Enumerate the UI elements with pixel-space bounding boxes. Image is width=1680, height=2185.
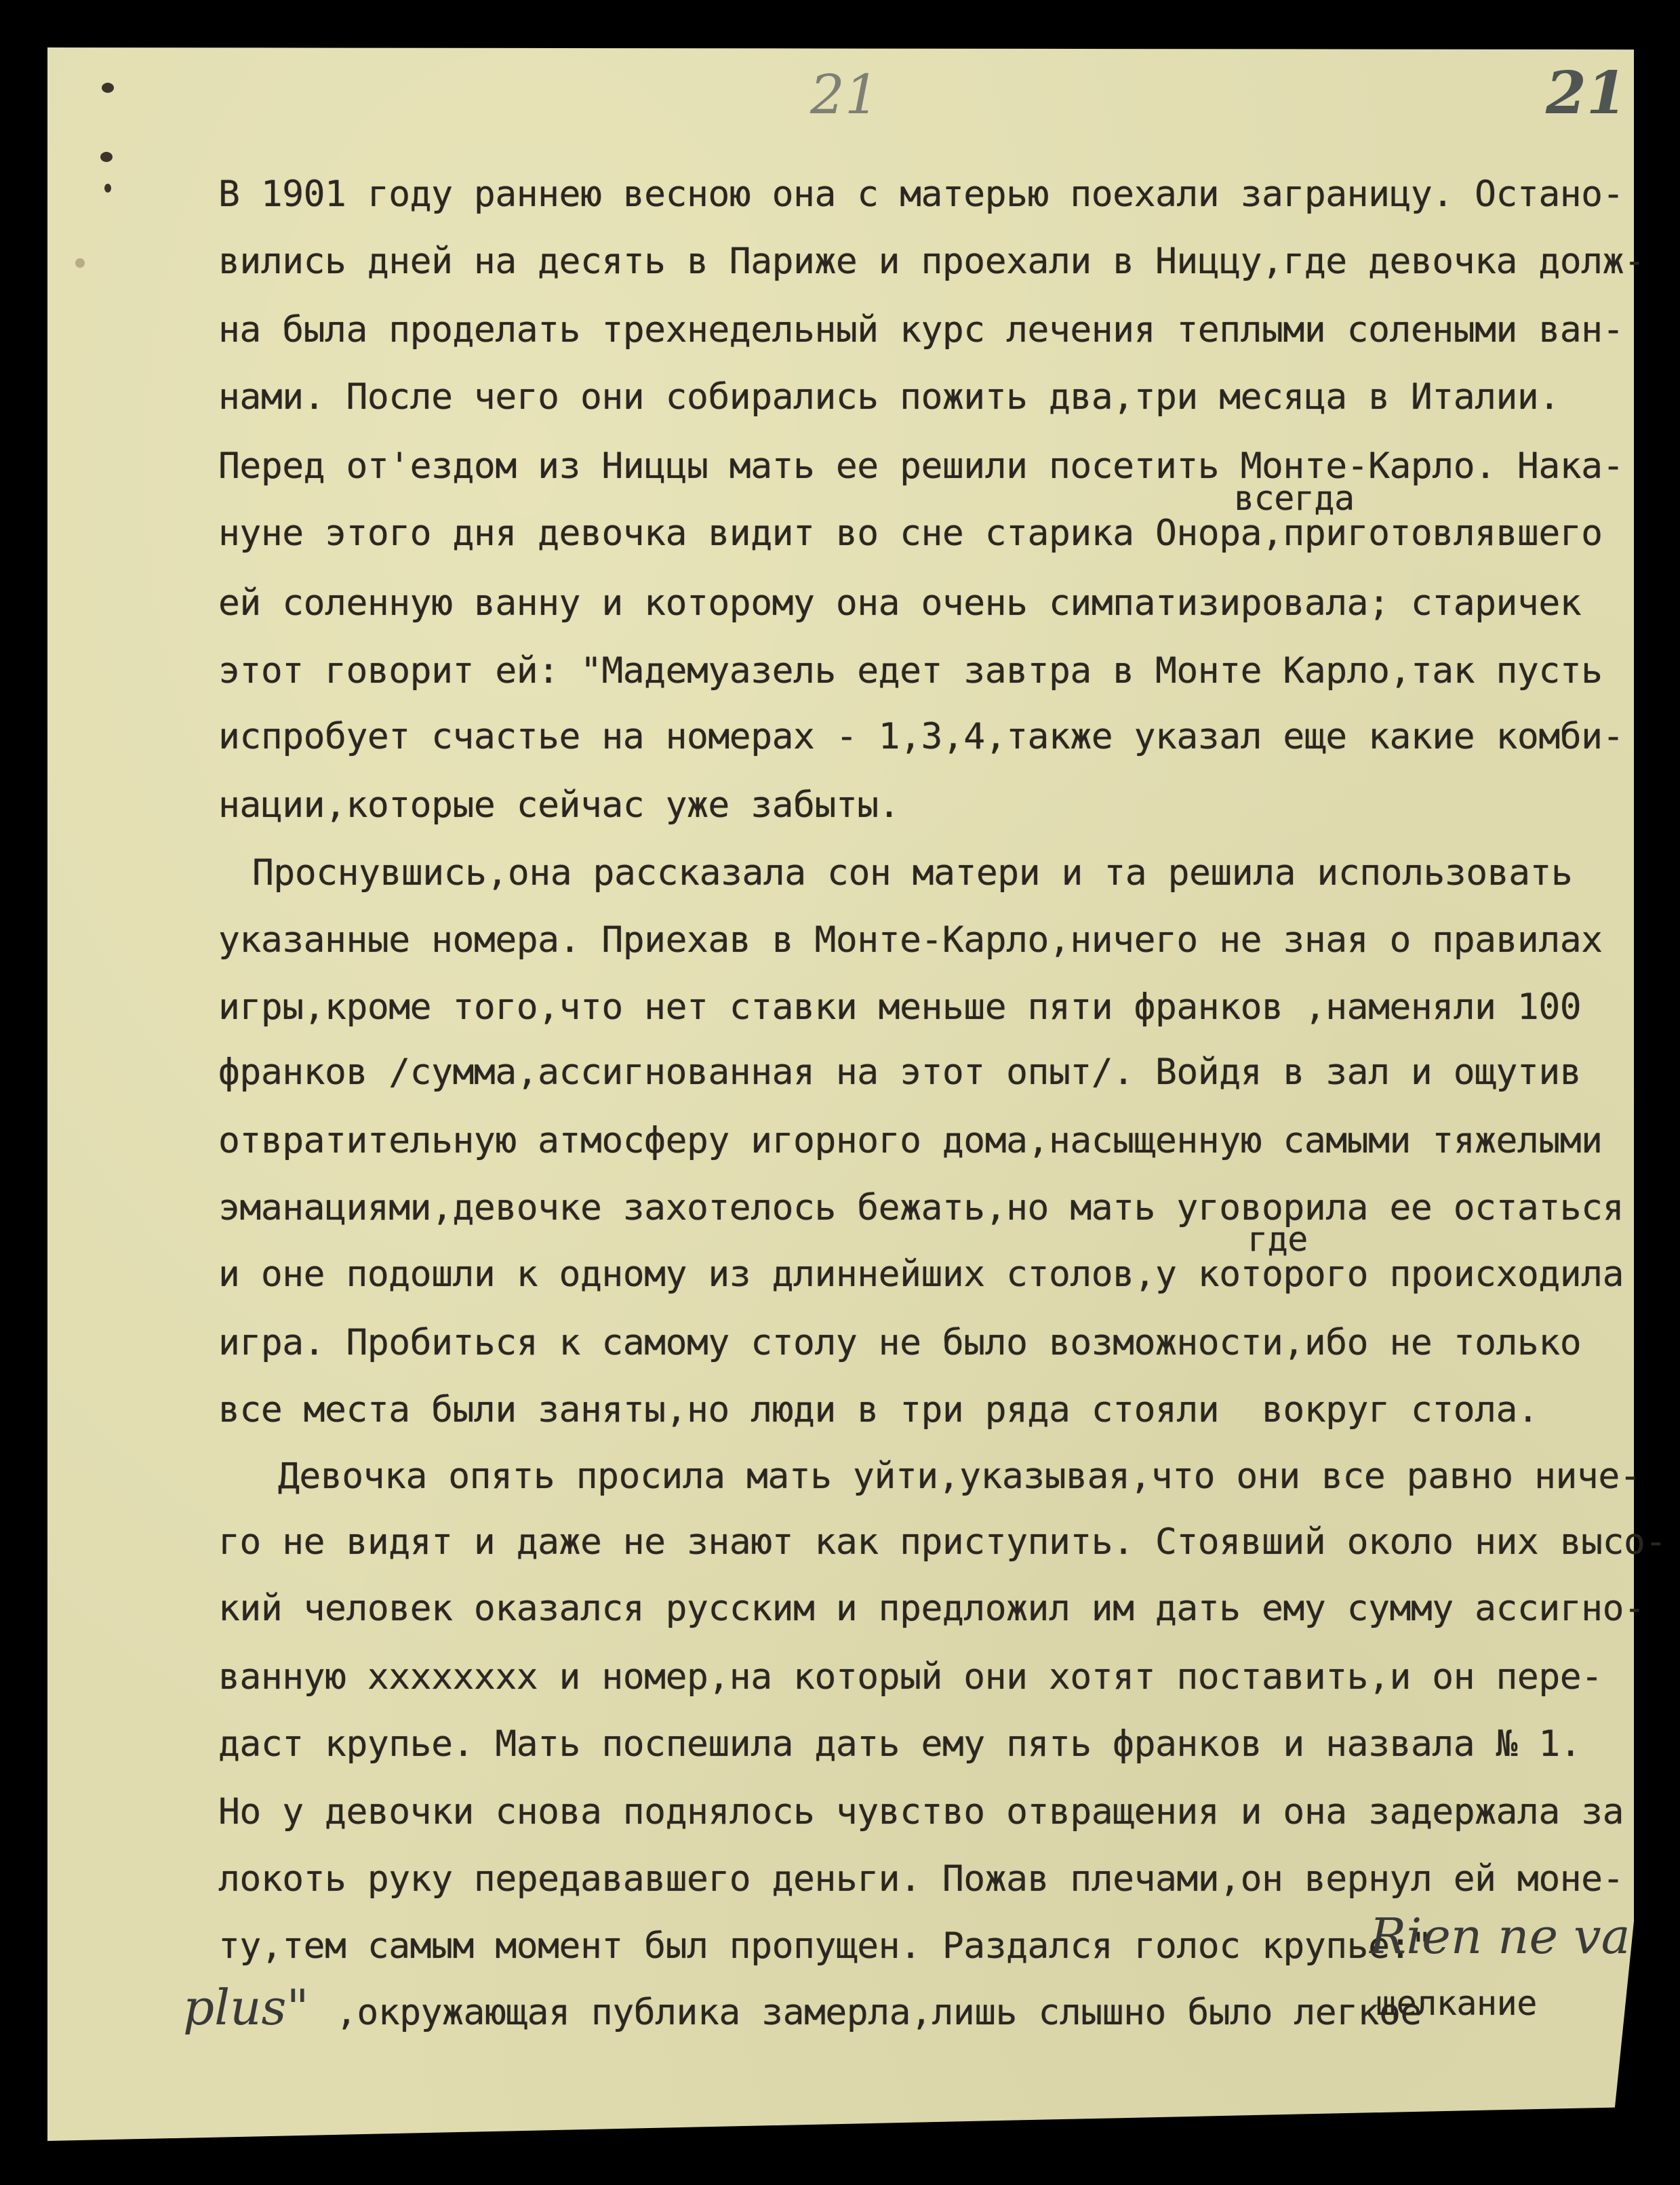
- text-line: ,окружающая публика замерла,лишь слышно …: [336, 1994, 1422, 2030]
- page-number-stamp: 21: [1546, 64, 1627, 123]
- text-line: локоть руку передававшего деньги. Пожав …: [218, 1861, 1624, 1897]
- interlinear-insert-vsegda: всегда: [1234, 481, 1355, 515]
- punch-hole: [104, 184, 111, 193]
- interlinear-insert-schelkanie: щелкание: [1376, 1986, 1537, 2020]
- text-line: Перед от'ездом из Ниццы мать ее решили п…: [218, 448, 1624, 484]
- text-line: игры,кроме того,что нет ставки меньше пя…: [218, 989, 1581, 1025]
- punch-hole: [102, 83, 114, 93]
- paper-mark: [75, 258, 85, 268]
- text-line: франков /сумма,ассигнованная на этот опы…: [218, 1054, 1581, 1090]
- page-number-pencil: 21: [810, 68, 879, 122]
- text-line: нуне этого дня девочка видит во сне стар…: [218, 515, 1603, 551]
- text-line: все места были заняты,но люди в три ряда…: [218, 1392, 1538, 1428]
- punch-hole: [100, 152, 113, 162]
- handwritten-rien-ne-va: Rien ne va: [1369, 1912, 1631, 1961]
- text-line: отвратительную атмосферу игорного дома,н…: [218, 1123, 1603, 1159]
- text-line: В 1901 году раннею весною она с матерью …: [218, 176, 1624, 212]
- text-line: на была проделать трехнедельный курс леч…: [218, 312, 1624, 348]
- text-line: нами. После чего они собирались пожить д…: [218, 379, 1560, 415]
- paragraph-start: Девочка опять просила мать уйти,указывая…: [278, 1458, 1641, 1494]
- text-line: испробует счастье на номерах - 1,3,4,так…: [218, 719, 1624, 755]
- text-line: кий человек оказался русским и предложил…: [218, 1590, 1645, 1626]
- text-line: Но у девочки снова поднялось чувство отв…: [218, 1794, 1624, 1830]
- text-line: ту,тем самым момент был пропущен. Раздал…: [218, 1928, 1432, 1964]
- text-line: этот говорит ей: "Мадемуазель едет завтр…: [218, 653, 1603, 689]
- text-line: го не видят и даже не знают как приступи…: [218, 1524, 1666, 1560]
- text-line: даст крупье. Мать поспешила дать ему пят…: [218, 1726, 1581, 1762]
- text-line: и оне подошли к одному из длиннейших сто…: [218, 1256, 1624, 1292]
- text-line: ванную xxxxxxxx и номер,на который они х…: [218, 1659, 1603, 1695]
- text-line: ей соленную ванну и которому она очень с…: [218, 585, 1581, 621]
- text-line: игра. Пробиться к самому столу не было в…: [218, 1325, 1581, 1361]
- text-line: вились дней на десять в Париже и проехал…: [218, 243, 1645, 279]
- paragraph-start: Проснувшись,она рассказала сон матери и …: [252, 855, 1572, 891]
- text-line: нации,которые сейчас уже забыты.: [218, 787, 900, 823]
- interlinear-insert-gde: где: [1247, 1222, 1308, 1256]
- handwritten-plus: plus": [183, 1983, 309, 2032]
- text-line: указанные номера. Приехав в Монте-Карло,…: [218, 922, 1603, 958]
- text-line: эманациями,девочке захотелось бежать,но …: [218, 1190, 1624, 1226]
